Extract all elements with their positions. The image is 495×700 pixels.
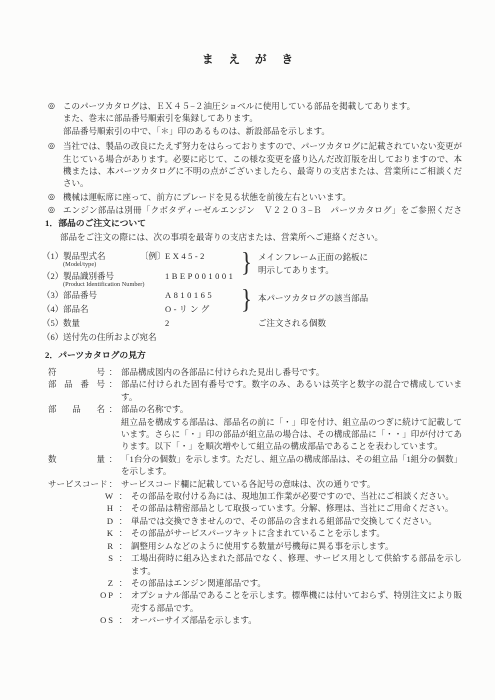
code-desc: 調整用シムなどのように使用する数量が号機毎に異る事を示します。 (131, 540, 462, 552)
service-code-K: K ： その部品がサービスパーツキットに含まれていることを示します。 (77, 527, 462, 539)
item-3-num: （3） (42, 289, 63, 301)
service-code-R: R ： 調整用シムなどのように使用する数量が号機毎に異る事を示します。 (77, 540, 462, 552)
code-desc: オーバーサイズ部品を示します。 (131, 614, 462, 626)
code-desc: 単品では交換できませんので、その部品の含まれる組部品で交換してください。 (131, 515, 462, 527)
code-letter: R (77, 540, 115, 552)
desc-line: 部品の名称です。 (121, 403, 462, 415)
preface-note-2: ◎ 当社では、製品の改良にたえず努力をはらっておりますので、パーツカタログに記載… (48, 140, 462, 190)
ordering-intro: 部品をご注文の際には、次の事項を最寄りの支店または、営業所へご連絡ください。 (60, 231, 383, 243)
brace-rows-1-2: } (241, 247, 252, 277)
term-desc: 部品に付けられた固有番号です。数字のみ、あるいは英字と数字の混合で構成しています… (121, 378, 462, 403)
term-row-part-name: 部品名 ： 部品の名称です。 組立品を構成する部品は、部品名の前に「・」印を付け… (48, 403, 462, 453)
code-desc: 工場出荷時に組み込まれた部品でなく、修理、サービス用として供給する部品を示します… (131, 552, 462, 577)
term-row-service-code: サービスコード ： サービスコード欄に記載している各記号の意味は、次の通りです。 (48, 478, 462, 490)
note-line: また、巻末に部品番号順索引を集録してあります。 (63, 112, 462, 124)
desc-line: サービスコード欄に記載している各記号の意味は、次の通りです。 (121, 478, 462, 490)
service-code-W: W ： その部品を取付ける為には、現地加工作業が必要ですので、当社にご相談くださ… (77, 490, 462, 502)
code-desc: その部品を取付ける為には、現地加工作業が必要ですので、当社にご相談ください。 (131, 490, 462, 502)
code-letter: K (77, 527, 115, 539)
note-line: このパーツカタログは、ＥＸ４５−２油圧ショベルに使用している部品を掲載してありま… (63, 100, 462, 112)
item-6-label: 送付先の住所および宛名 (63, 331, 157, 343)
desc-line: 「1台分の個数」を示します。ただし、組立品の構成部品は、その組立品「1組分の個数… (121, 453, 462, 478)
term-row-fugo: 符号 ： 部品構成図内の各部品に付けられた見出し番号です。 (48, 366, 462, 378)
colon: ： (105, 366, 121, 378)
desc-line: 部品構成図内の各部品に付けられた見出し番号です。 (121, 366, 462, 378)
brace-rows-3-4: } (241, 284, 252, 314)
code-letter: D (77, 515, 115, 527)
item-5-num: （5） (42, 317, 63, 329)
code-letter: S (77, 552, 115, 577)
catalog-part-note: 本パーツカタログの該当部品 (258, 292, 368, 304)
preface-note-1: ◎ このパーツカタログは、ＥＸ４５−２油圧ショベルに使用している部品を掲載してあ… (48, 100, 462, 137)
preface-note-3: ◎ 機械は運転席に座って、前方にブレードを見る状態を前後左右といいます。 (48, 191, 462, 203)
service-code-OP: OP ： オプショナル部品であることを示します。標準機には付いておらず、特別注文… (77, 589, 462, 614)
code-desc: オプショナル部品であることを示します。標準機には付いておらず、特別注文により販売… (131, 589, 462, 614)
item-4-label: 部品名 (63, 303, 89, 315)
item-4-value: O-リング (165, 303, 212, 315)
colon: ： (105, 378, 121, 403)
term-label: 部品番号 (48, 378, 105, 403)
colon: ： (105, 478, 121, 490)
service-code-S: S ： 工場出荷時に組み込まれた部品でなく、修理、サービス用として供給する部品を… (77, 552, 462, 577)
desc-line: 組立品を構成する部品は、部品名の前に「・」印を付け、組立品のつぎに続けて記載して… (121, 416, 462, 453)
code-letter: Z (77, 577, 115, 589)
preface-note-2-text: 当社では、製品の改良にたえず努力をはらっておりますので、パーツカタログに記載され… (63, 140, 462, 190)
preface-page: まえがき ◎ このパーツカタログは、ＥＸ４５−２油圧ショベルに使用している部品を… (0, 0, 495, 700)
colon: ： (115, 527, 131, 539)
quantity-note: ご注文される個数 (258, 317, 326, 329)
colon: ： (115, 540, 131, 552)
item-5-value: 2 (165, 317, 172, 329)
preface-note-1-text: このパーツカタログは、ＥＸ４５−２油圧ショベルに使用している部品を掲載してありま… (63, 100, 462, 137)
item-1-sublabel: (Model/type) (63, 260, 96, 269)
service-code-H: H ： その部品は精密部品として取扱っています。分解、修理は、当社にご用命くださ… (77, 502, 462, 514)
item-6-num: （6） (42, 331, 63, 343)
code-letter: W (77, 490, 115, 502)
colon: ： (115, 490, 131, 502)
item-4-num: （4） (42, 303, 63, 315)
term-row-quantity: 数量 ： 「1台分の個数」を示します。ただし、組立品の構成部品は、その組立品「1… (48, 453, 462, 478)
item-3-label: 部品番号 (63, 289, 97, 301)
item-5-label: 数量 (63, 317, 80, 329)
ordering-items: （1） 製品型式名 (Model/type) 〔例〕 EX45-2 （2） 製品… (0, 248, 495, 348)
term-row-part-number: 部品番号 ： 部品に付けられた固有番号です。数字のみ、あるいは英字と数字の混合で… (48, 378, 462, 403)
bullet-icon: ◎ (48, 140, 63, 190)
term-label: 符号 (48, 366, 105, 378)
colon: ： (115, 552, 131, 577)
code-letter: OP (77, 589, 115, 614)
view-section-heading: 2．パーツカタログの見方 (45, 349, 146, 361)
term-desc: 部品構成図内の各部品に付けられた見出し番号です。 (121, 366, 462, 378)
service-code-OS: OS ： オーバーサイズ部品を示します。 (77, 614, 462, 626)
colon: ： (115, 614, 131, 626)
item-3-value: A810165 (165, 289, 214, 301)
term-label: 数量 (48, 453, 105, 478)
colon: ： (115, 502, 131, 514)
colon: ： (115, 589, 131, 614)
catalog-view-terms: 符号 ： 部品構成図内の各部品に付けられた見出し番号です。 部品番号 ： 部品に… (48, 366, 462, 627)
code-desc: その部品はエンジン関連部品です。 (131, 577, 462, 589)
item-1-example-tag: 〔例〕 (140, 250, 166, 262)
item-2-num: （2） (42, 270, 63, 282)
colon: ： (105, 453, 121, 478)
nameplate-note-line-1: メインフレーム正面の銘板に (258, 251, 368, 263)
ordering-section-heading: 1．部品のご注文について (45, 217, 146, 229)
code-letter: H (77, 502, 115, 514)
bullet-icon: ◎ (48, 100, 63, 137)
colon: ： (115, 577, 131, 589)
service-code-D: D ： 単品では交換できませんので、その部品の含まれる組部品で交換してください。 (77, 515, 462, 527)
item-2-value: 1BEP001001 (165, 270, 235, 282)
bullet-icon: ◎ (48, 191, 63, 203)
term-desc: サービスコード欄に記載している各記号の意味は、次の通りです。 (121, 478, 462, 490)
service-code-Z: Z ： その部品はエンジン関連部品です。 (77, 577, 462, 589)
term-desc: 「1台分の個数」を示します。ただし、組立品の構成部品は、その組立品「1組分の個数… (121, 453, 462, 478)
code-desc: その部品は精密部品として取扱っています。分解、修理は、当社にご用命ください。 (131, 502, 462, 514)
term-label: 部品名 (48, 403, 105, 453)
term-label: サービスコード (48, 478, 105, 490)
item-2-sublabel: (Product Identification Number) (63, 280, 144, 289)
nameplate-note-line-2: 明示してあります。 (258, 264, 334, 276)
preface-note-3-text: 機械は運転席に座って、前方にブレードを見る状態を前後左右といいます。 (63, 191, 462, 203)
preface-notes: ◎ このパーツカタログは、ＥＸ４５−２油圧ショベルに使用している部品を掲載してあ… (48, 100, 462, 230)
colon: ： (115, 515, 131, 527)
desc-line: 部品に付けられた固有番号です。数字のみ、あるいは英字と数字の混合で構成しています… (121, 378, 462, 403)
item-1-value: EX45-2 (165, 250, 207, 262)
item-1-num: （1） (42, 250, 63, 262)
colon: ： (105, 403, 121, 453)
note-line: 部品番号順索引の中で、「＊」印のあるものは、新設部品を示します。 (63, 125, 462, 137)
code-desc: その部品がサービスパーツキットに含まれていることを示します。 (131, 527, 462, 539)
term-desc: 部品の名称です。 組立品を構成する部品は、部品名の前に「・」印を付け、組立品のつ… (121, 403, 462, 453)
page-title: まえがき (0, 54, 495, 66)
code-letter: OS (77, 614, 115, 626)
